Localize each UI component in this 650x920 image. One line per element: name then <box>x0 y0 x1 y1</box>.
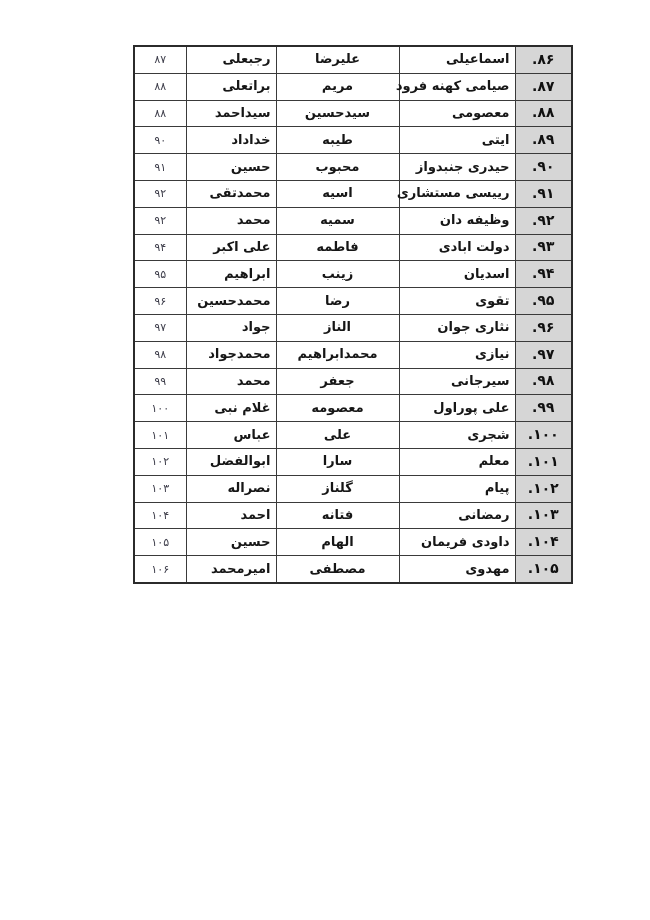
secondary-number: ۱۰۲ <box>151 455 169 468</box>
father-name: حسین <box>231 535 271 550</box>
row-number-cell: .۱۰۴ <box>515 529 572 556</box>
first-name-cell: اسیه <box>276 180 399 207</box>
first-name-cell: الهام <box>276 529 399 556</box>
first-name: فاطمه <box>316 240 358 255</box>
family-name: اسماعیلی <box>446 52 509 67</box>
first-name-cell: زینب <box>276 261 399 288</box>
father-name-cell: علی اکبر <box>186 234 276 261</box>
row-number: .۹۲ <box>532 213 554 229</box>
family-name: شجری <box>467 428 509 443</box>
family-name: علی پوراول <box>433 401 509 416</box>
family-name: معلم <box>479 454 510 469</box>
family-name: معصومی <box>452 106 510 121</box>
family-name: پیام <box>485 481 510 496</box>
father-name-cell: عباس <box>186 422 276 449</box>
family-name-cell: ایتی <box>399 127 515 154</box>
secondary-number: ۸۸ <box>154 80 166 93</box>
table-row: .۱۰۲ پیام گلناز نصراله ۱۰۳ <box>134 475 572 502</box>
first-name: مصطفی <box>309 562 365 577</box>
table-row: .۹۵ تقوی رضا محمدحسین ۹۶ <box>134 288 572 315</box>
family-name-cell: نثاری جوان <box>399 314 515 341</box>
row-number-cell: .۹۳ <box>515 234 572 261</box>
family-name-cell: معصومی <box>399 100 515 127</box>
father-name-cell: نصراله <box>186 475 276 502</box>
family-name: حیدری جنبدواز <box>416 160 510 175</box>
father-name: عباس <box>233 428 270 443</box>
father-name: نصراله <box>228 481 271 496</box>
secondary-number: ۹۷ <box>154 321 166 334</box>
secondary-number-cell: ۹۸ <box>134 341 186 368</box>
family-name-cell: اسماعیلی <box>399 46 515 73</box>
father-name-cell: ابراهیم <box>186 261 276 288</box>
secondary-number-cell: ۱۰۳ <box>134 475 186 502</box>
secondary-number-cell: ۸۷ <box>134 46 186 73</box>
secondary-number-cell: ۹۶ <box>134 288 186 315</box>
secondary-number: ۹۵ <box>154 268 166 281</box>
first-name-cell: مصطفی <box>276 556 399 583</box>
secondary-number: ۱۰۵ <box>151 536 169 549</box>
family-name: تقوی <box>475 294 509 309</box>
father-name-cell: محمدتقی <box>186 180 276 207</box>
table-row: .۹۸ سیرجانی جعفر محمد ۹۹ <box>134 368 572 395</box>
row-number-cell: .۸۶ <box>515 46 572 73</box>
first-name: فتانه <box>322 508 353 523</box>
family-name-cell: نیازی <box>399 341 515 368</box>
secondary-number: ۹۲ <box>154 214 166 227</box>
family-name-cell: دولت ابادی <box>399 234 515 261</box>
table-row: .۹۱ رییسی مستشاری اسیه محمدتقی ۹۲ <box>134 180 572 207</box>
father-name: امیرمحمد <box>211 562 271 577</box>
father-name: محمد <box>237 374 271 389</box>
father-name-cell: سیداحمد <box>186 100 276 127</box>
family-name-cell: حیدری جنبدواز <box>399 154 515 181</box>
father-name-cell: احمد <box>186 502 276 529</box>
row-number: .۹۳ <box>532 239 554 255</box>
table-row: .۸۹ ایتی طیبه خداداد ۹۰ <box>134 127 572 154</box>
first-name-cell: رضا <box>276 288 399 315</box>
family-name: وظیفه دان <box>440 213 510 228</box>
first-name: گلناز <box>322 481 353 496</box>
first-name-cell: جعفر <box>276 368 399 395</box>
secondary-number-cell: ۹۴ <box>134 234 186 261</box>
first-name-cell: محبوب <box>276 154 399 181</box>
family-name-cell: وظیفه دان <box>399 207 515 234</box>
first-name-cell: سیدحسین <box>276 100 399 127</box>
father-name-cell: خداداد <box>186 127 276 154</box>
first-name-cell: گلناز <box>276 475 399 502</box>
row-number: .۸۷ <box>532 79 554 95</box>
secondary-number-cell: ۱۰۰ <box>134 395 186 422</box>
father-name: غلام نبی <box>214 401 270 416</box>
family-name: دولت ابادی <box>439 240 510 255</box>
family-name-cell: صیامی کهنه فرود <box>399 73 515 100</box>
first-name: محبوب <box>316 160 360 175</box>
family-name-cell: علی پوراول <box>399 395 515 422</box>
first-name: سیدحسین <box>305 106 370 121</box>
secondary-number-cell: ۱۰۶ <box>134 556 186 583</box>
first-name: طیبه <box>322 133 353 148</box>
father-name-cell: غلام نبی <box>186 395 276 422</box>
table-row: .۸۸ معصومی سیدحسین سیداحمد ۸۸ <box>134 100 572 127</box>
first-name: اسیه <box>322 186 352 201</box>
table-row: .۱۰۵ مهدوی مصطفی امیرمحمد ۱۰۶ <box>134 556 572 583</box>
family-name-cell: داودی فریمان <box>399 529 515 556</box>
row-number-cell: .۹۵ <box>515 288 572 315</box>
first-name: جعفر <box>320 374 354 389</box>
first-name-cell: الناز <box>276 314 399 341</box>
row-number-cell: .۱۰۳ <box>515 502 572 529</box>
row-number-cell: .۸۷ <box>515 73 572 100</box>
first-name-cell: فاطمه <box>276 234 399 261</box>
first-name: مریم <box>322 79 353 94</box>
father-name-cell: ابوالفضل <box>186 448 276 475</box>
row-number-cell: .۱۰۰ <box>515 422 572 449</box>
family-name: نثاری جوان <box>437 320 509 335</box>
row-number: .۹۶ <box>532 320 554 336</box>
row-number: .۸۶ <box>532 52 554 68</box>
row-number-cell: .۸۹ <box>515 127 572 154</box>
row-number-cell: .۸۸ <box>515 100 572 127</box>
table-row: .۸۷ صیامی کهنه فرود مریم براتعلی ۸۸ <box>134 73 572 100</box>
first-name-cell: فتانه <box>276 502 399 529</box>
first-name-cell: علیرضا <box>276 46 399 73</box>
father-name-cell: حسین <box>186 529 276 556</box>
secondary-number-cell: ۱۰۴ <box>134 502 186 529</box>
table-row: .۹۲ وظیفه دان سمیه محمد ۹۲ <box>134 207 572 234</box>
secondary-number: ۱۰۴ <box>151 509 169 522</box>
secondary-number-cell: ۱۰۱ <box>134 422 186 449</box>
table-row: .۹۰ حیدری جنبدواز محبوب حسین ۹۱ <box>134 154 572 181</box>
family-name-cell: اسدیان <box>399 261 515 288</box>
father-name-cell: حسین <box>186 154 276 181</box>
father-name: محمد <box>237 213 271 228</box>
secondary-number: ۹۸ <box>154 348 166 361</box>
secondary-number: ۹۰ <box>154 134 166 147</box>
row-number-cell: .۹۹ <box>515 395 572 422</box>
table-row: .۹۴ اسدیان زینب ابراهیم ۹۵ <box>134 261 572 288</box>
father-name: ابوالفضل <box>210 454 271 469</box>
secondary-number: ۹۹ <box>154 375 166 388</box>
row-number: .۹۵ <box>532 293 554 309</box>
row-number-cell: .۹۱ <box>515 180 572 207</box>
document-page: .۸۶ اسماعیلی علیرضا رجبعلی ۸۷ .۸۷ صیامی … <box>0 0 650 920</box>
table-row: .۱۰۰ شجری علی عباس ۱۰۱ <box>134 422 572 449</box>
family-name: مهدوی <box>465 562 509 577</box>
first-name: الهام <box>321 535 353 550</box>
family-name: نیازی <box>475 347 509 362</box>
father-name: محمدتقی <box>209 186 270 201</box>
first-name: سارا <box>323 454 353 469</box>
first-name: سمیه <box>320 213 355 228</box>
father-name-cell: محمدحسین <box>186 288 276 315</box>
table-row: .۹۳ دولت ابادی فاطمه علی اکبر ۹۴ <box>134 234 572 261</box>
family-name-cell: رییسی مستشاری <box>399 180 515 207</box>
table-row: .۱۰۴ داودی فریمان الهام حسین ۱۰۵ <box>134 529 572 556</box>
father-name-cell: محمد <box>186 207 276 234</box>
row-number-cell: .۱۰۵ <box>515 556 572 583</box>
father-name-cell: محمدجواد <box>186 341 276 368</box>
row-number: .۹۸ <box>532 373 554 389</box>
father-name: ابراهیم <box>224 267 270 282</box>
secondary-number-cell: ۹۱ <box>134 154 186 181</box>
row-number: .۹۴ <box>532 266 554 282</box>
first-name: زینب <box>322 267 353 282</box>
row-number-cell: .۹۶ <box>515 314 572 341</box>
secondary-number: ۹۴ <box>154 241 166 254</box>
father-name-cell: رجبعلی <box>186 46 276 73</box>
first-name: معصومه <box>311 401 363 416</box>
father-name-cell: محمد <box>186 368 276 395</box>
secondary-number: ۱۰۱ <box>151 429 169 442</box>
table-row: .۸۶ اسماعیلی علیرضا رجبعلی ۸۷ <box>134 46 572 73</box>
father-name-cell: براتعلی <box>186 73 276 100</box>
secondary-number-cell: ۱۰۵ <box>134 529 186 556</box>
family-name: سیرجانی <box>451 374 509 389</box>
family-name: رمضانی <box>458 508 509 523</box>
row-number-cell: .۱۰۱ <box>515 448 572 475</box>
row-number-cell: .۱۰۲ <box>515 475 572 502</box>
secondary-number-cell: ۸۸ <box>134 73 186 100</box>
secondary-number-cell: ۹۰ <box>134 127 186 154</box>
row-number-cell: .۹۲ <box>515 207 572 234</box>
secondary-number-cell: ۹۵ <box>134 261 186 288</box>
first-name-cell: مریم <box>276 73 399 100</box>
first-name: الناز <box>324 320 351 335</box>
first-name: علی <box>324 428 351 443</box>
father-name: محمدحسین <box>197 294 270 309</box>
table-row: .۹۷ نیازی محمدابراهیم محمدجواد ۹۸ <box>134 341 572 368</box>
father-name: خداداد <box>231 133 270 148</box>
secondary-number-cell: ۸۸ <box>134 100 186 127</box>
father-name: جواد <box>242 320 271 335</box>
row-number: .۹۱ <box>532 186 554 202</box>
table-row: .۹۶ نثاری جوان الناز جواد ۹۷ <box>134 314 572 341</box>
table-row: .۹۹ علی پوراول معصومه غلام نبی ۱۰۰ <box>134 395 572 422</box>
family-name-cell: تقوی <box>399 288 515 315</box>
row-number: .۹۹ <box>532 400 554 416</box>
family-name-cell: شجری <box>399 422 515 449</box>
row-number: .۱۰۴ <box>528 534 559 550</box>
secondary-number: ۱۰۶ <box>151 563 169 576</box>
first-name-cell: معصومه <box>276 395 399 422</box>
first-name-cell: سمیه <box>276 207 399 234</box>
row-number: .۱۰۵ <box>528 561 559 577</box>
father-name: احمد <box>240 508 270 523</box>
secondary-number: ۹۲ <box>154 187 166 200</box>
row-number-cell: .۹۷ <box>515 341 572 368</box>
family-name-cell: مهدوی <box>399 556 515 583</box>
father-name: رجبعلی <box>223 52 271 67</box>
father-name-cell: جواد <box>186 314 276 341</box>
secondary-number: ۹۶ <box>154 295 166 308</box>
family-name: ایتی <box>482 133 510 148</box>
row-number: .۹۷ <box>532 347 554 363</box>
father-name: براتعلی <box>222 79 270 94</box>
first-name-cell: طیبه <box>276 127 399 154</box>
first-name: علیرضا <box>315 52 360 67</box>
row-number: .۱۰۳ <box>528 507 559 523</box>
first-name-cell: محمدابراهیم <box>276 341 399 368</box>
secondary-number-cell: ۹۷ <box>134 314 186 341</box>
row-number-cell: .۹۴ <box>515 261 572 288</box>
row-number-cell: .۹۰ <box>515 154 572 181</box>
names-table: .۸۶ اسماعیلی علیرضا رجبعلی ۸۷ .۸۷ صیامی … <box>133 45 573 584</box>
secondary-number: ۹۱ <box>154 161 166 174</box>
secondary-number-cell: ۱۰۲ <box>134 448 186 475</box>
family-name: صیامی کهنه فرود <box>396 79 510 94</box>
table-row: .۱۰۱ معلم سارا ابوالفضل ۱۰۲ <box>134 448 572 475</box>
table-row: .۱۰۳ رمضانی فتانه احمد ۱۰۴ <box>134 502 572 529</box>
father-name: علی اکبر <box>213 240 270 255</box>
first-name: محمدابراهیم <box>297 347 377 362</box>
father-name-cell: امیرمحمد <box>186 556 276 583</box>
family-name: داودی فریمان <box>421 535 510 550</box>
secondary-number: ۱۰۰ <box>151 402 169 415</box>
first-name-cell: علی <box>276 422 399 449</box>
secondary-number: ۸۸ <box>154 107 166 120</box>
family-name-cell: پیام <box>399 475 515 502</box>
secondary-number: ۸۷ <box>154 53 166 66</box>
secondary-number-cell: ۹۲ <box>134 180 186 207</box>
row-number: .۸۸ <box>532 105 554 121</box>
first-name: رضا <box>325 294 350 309</box>
father-name: سیداحمد <box>215 106 271 121</box>
row-number: .۹۰ <box>532 159 554 175</box>
secondary-number: ۱۰۳ <box>151 482 169 495</box>
row-number: .۸۹ <box>532 132 554 148</box>
father-name: محمدجواد <box>208 347 270 362</box>
family-name-cell: رمضانی <box>399 502 515 529</box>
family-name: اسدیان <box>464 267 510 282</box>
row-number-cell: .۹۸ <box>515 368 572 395</box>
row-number: .۱۰۲ <box>528 481 559 497</box>
row-number: .۱۰۱ <box>528 454 559 470</box>
row-number: .۱۰۰ <box>528 427 559 443</box>
secondary-number-cell: ۹۲ <box>134 207 186 234</box>
family-name-cell: سیرجانی <box>399 368 515 395</box>
first-name-cell: سارا <box>276 448 399 475</box>
family-name-cell: معلم <box>399 448 515 475</box>
father-name: حسین <box>231 160 271 175</box>
secondary-number-cell: ۹۹ <box>134 368 186 395</box>
family-name: رییسی مستشاری <box>397 186 510 201</box>
